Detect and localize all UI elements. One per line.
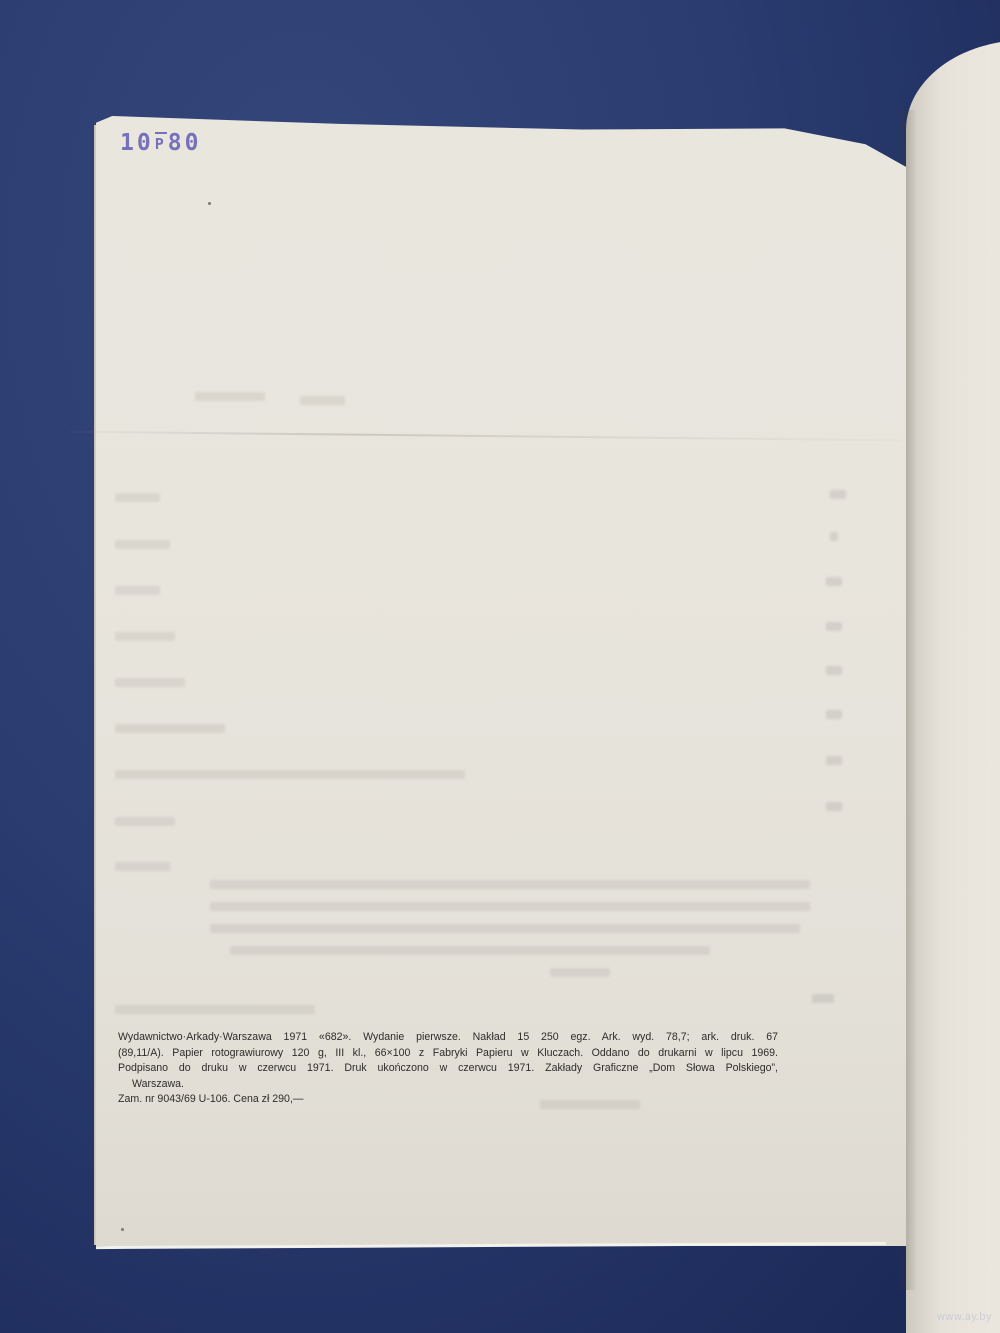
watermark: www.ay.by xyxy=(936,1311,992,1323)
colophon-line: Podpisano do druku w czerwcu 1971. Druk … xyxy=(118,1061,778,1077)
paper-speck xyxy=(121,1228,124,1231)
paper-speck xyxy=(208,202,211,205)
colophon: Wydawnictwo·Arkady·Warszawa 1971 «682». … xyxy=(118,1030,778,1108)
colophon-line: Warszawa. xyxy=(118,1077,778,1093)
stamp-left: 10 xyxy=(120,130,154,156)
ink-stamp: 10P80 xyxy=(120,130,201,156)
stamp-right: 80 xyxy=(168,130,202,156)
colophon-price-line: Zam. nr 9043/69 U-106. Cena zł 290,— xyxy=(118,1092,778,1108)
colophon-line: (89,11/A). Papier rotograwiurowy 120 g, … xyxy=(118,1046,778,1062)
stamp-mid: P xyxy=(155,132,167,153)
adjacent-page xyxy=(906,40,1000,1333)
colophon-line: Wydawnictwo·Arkady·Warszawa 1971 «682». … xyxy=(118,1030,778,1046)
